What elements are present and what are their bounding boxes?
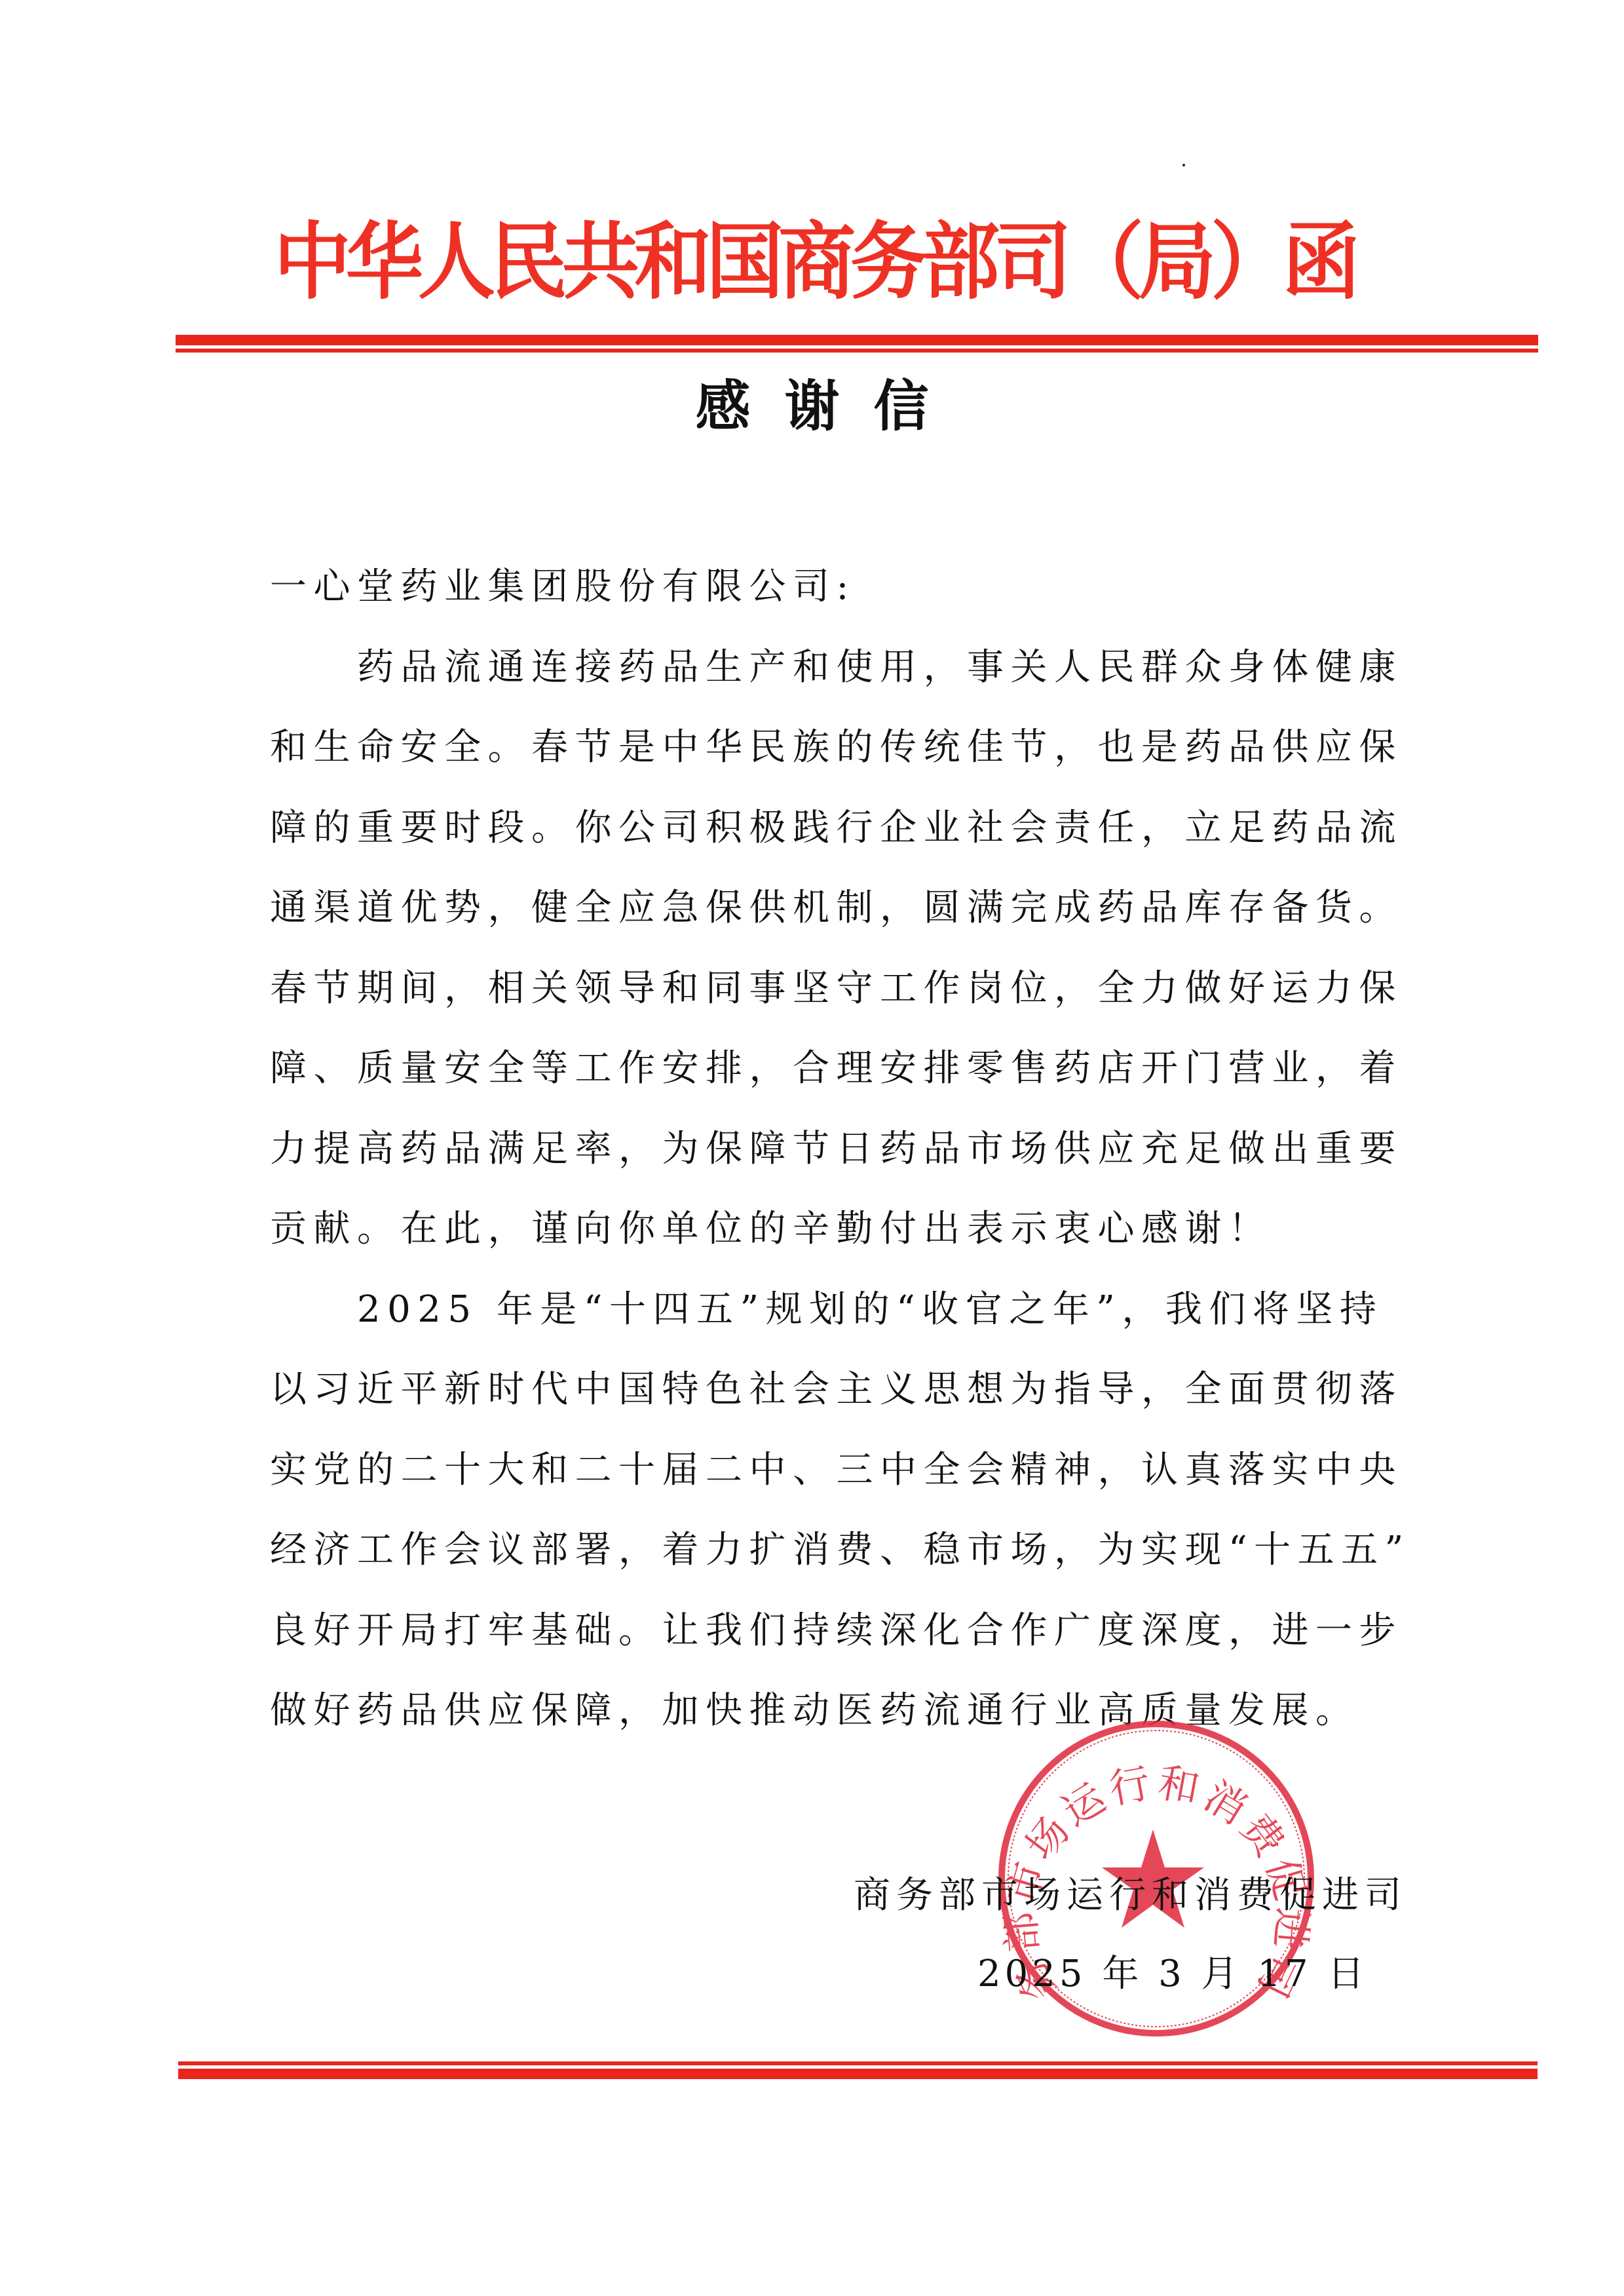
paragraph-2-line: 2025 年是“十四五”规划的“收官之年”，我们将坚持 (270, 1270, 1410, 1350)
header-rule-thin (176, 349, 1538, 353)
paragraph-2-line: 良好开局打牢基础。让我们持续深化合作广度深度，进一步 (270, 1591, 1410, 1672)
signature-date: 2025 年 3 月 17 日 (977, 1945, 1318, 2004)
document-title: 感谢信 (0, 367, 1624, 446)
footer-rule-thin (178, 2061, 1538, 2065)
scan-speck (1182, 164, 1185, 166)
paragraph-2-line: 以习近平新时代中国特色社会主义思想为指导，全面贯彻落 (270, 1350, 1410, 1430)
paragraph-1-line: 力提高药品满足率，为保障节日药品市场供应充足做出重要 (270, 1109, 1410, 1190)
paragraph-1-line: 和生命安全。春节是中华民族的传统佳节，也是药品供应保 (270, 708, 1410, 788)
paragraph-1-line: 药品流通连接药品生产和使用，事关人民群众身体健康 (270, 628, 1410, 708)
paragraph-1-line: 障的重要时段。你公司积极践行企业社会责任，立足药品流 (270, 788, 1410, 869)
paragraph-2-line: 实党的二十大和二十届二中、三中全会精神，认真落实中央 (270, 1430, 1410, 1511)
letter-body: 一心堂药业集团股份有限公司: 药品流通连接药品生产和使用，事关人民群众身体健康 … (270, 547, 1410, 1751)
header-rule-thick (176, 335, 1538, 345)
letter-page: 中华人民共和国商务部司（局）函 感谢信 一心堂药业集团股份有限公司: 药品流通连… (0, 0, 1624, 2296)
footer-rule-thick (178, 2069, 1538, 2079)
paragraph-1-line: 春节期间，相关领导和同事坚守工作岗位，全力做好运力保 (270, 949, 1410, 1029)
paragraph-2-line: 经济工作会议部署，着力扩消费、稳市场，为实现“十五五” (270, 1510, 1410, 1591)
paragraph-1-line: 贡献。在此，谨向你单位的辛勤付出表示衷心感谢！ (270, 1189, 1410, 1270)
letterhead-title: 中华人民共和国商务部司（局）函 (274, 208, 1433, 315)
salutation: 一心堂药业集团股份有限公司: (270, 547, 1410, 628)
signature-issuer: 商务部市场运行和消费促进司 (831, 1866, 1407, 1925)
paragraph-1-line: 通渠道优势，健全应急保供机制，圆满完成药品库存备货。 (270, 868, 1410, 949)
paragraph-1-line: 障、质量安全等工作安排，合理安排零售药店开门营业，着 (270, 1029, 1410, 1109)
